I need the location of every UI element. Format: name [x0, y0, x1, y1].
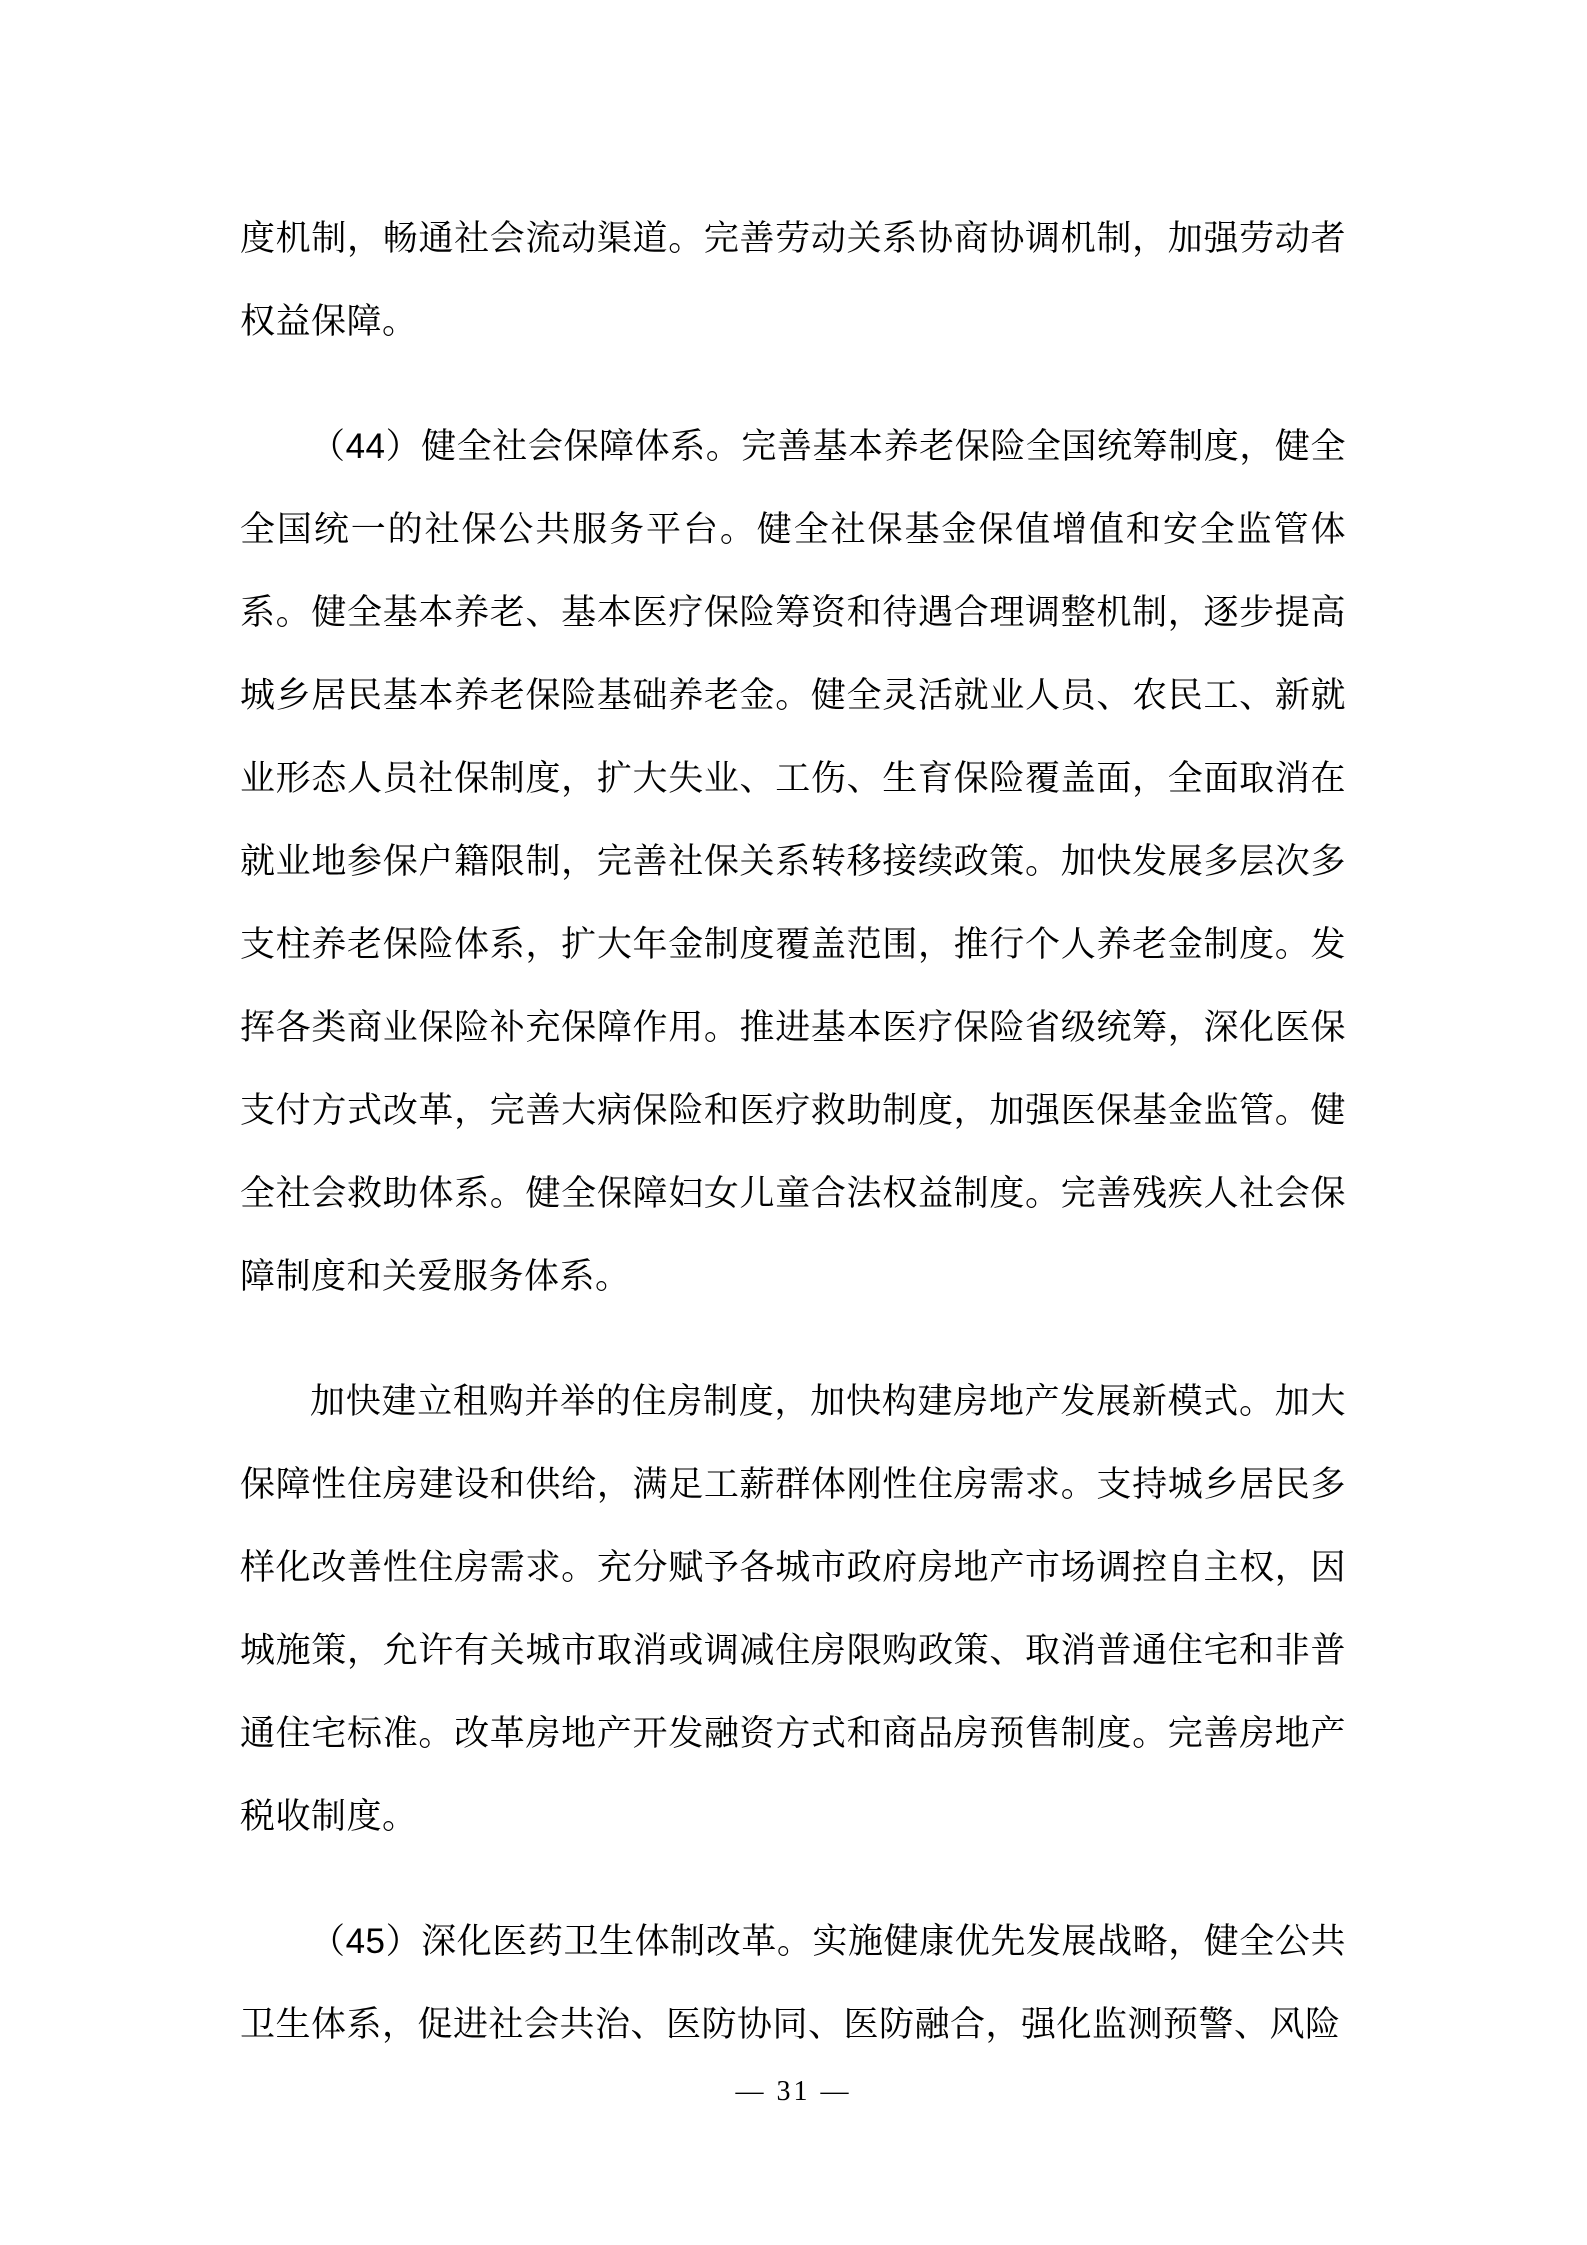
paragraph-item-45-healthcare-reform: （45）深化医药卫生体制改革。实施健康优先发展战略，健全公共卫生体系，促进社会共…	[240, 1900, 1346, 2066]
page-number: — 31 —	[0, 2076, 1587, 2108]
document-body: 度机制，畅通社会流动渠道。完善劳动关系协商协调机制，加强劳动者权益保障。 （44…	[240, 197, 1346, 2108]
document-page: 度机制，畅通社会流动渠道。完善劳动关系协商协调机制，加强劳动者权益保障。 （44…	[0, 0, 1587, 2245]
paragraph-continuation: 度机制，畅通社会流动渠道。完善劳动关系协商协调机制，加强劳动者权益保障。	[240, 197, 1346, 363]
paragraph-housing-policy: 加快建立租购并举的住房制度，加快构建房地产发展新模式。加大保障性住房建设和供给，…	[240, 1360, 1346, 1858]
paragraph-item-44-social-security: （44）健全社会保障体系。完善基本养老保险全国统筹制度，健全全国统一的社保公共服…	[240, 405, 1346, 1318]
